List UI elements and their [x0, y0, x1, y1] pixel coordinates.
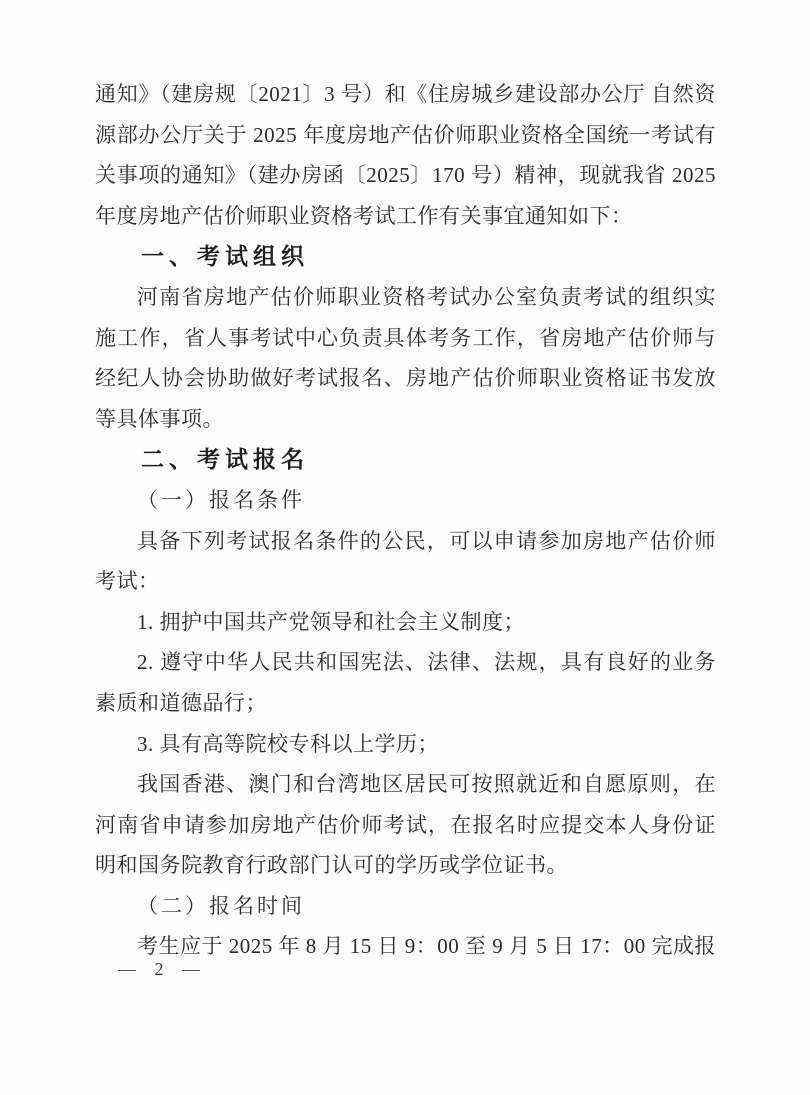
page-number: — 2 —	[118, 957, 202, 981]
subsection-heading-registration-conditions: （一）报名条件	[95, 480, 716, 521]
paragraph-conditions-intro: 具备下列考试报名条件的公民，可以申请参加房地产估价师考试：	[95, 521, 716, 602]
list-item-condition-3: 3. 具有高等院校专科以上学历；	[95, 724, 716, 765]
paragraph-hk-macau-taiwan-residents: 我国香港、澳门和台湾地区居民可按照就近和自愿原则，在河南省申请参加房地产估价师考…	[95, 764, 716, 886]
subsection-heading-registration-time: （二）报名时间	[95, 886, 716, 927]
section-heading-exam-organization: 一、考试组织	[95, 236, 716, 277]
document-page: 通知》（建房规〔2021〕3 号）和《住房城乡建设部办公厅 自然资源部办公厅关于…	[0, 0, 810, 1095]
paragraph-intro-continued: 通知》（建房规〔2021〕3 号）和《住房城乡建设部办公厅 自然资源部办公厅关于…	[95, 74, 716, 236]
list-item-condition-2: 2. 遵守中华人民共和国宪法、法律、法规，具有良好的业务素质和道德品行；	[95, 642, 716, 723]
section-heading-exam-registration: 二、考试报名	[95, 439, 716, 480]
paragraph-exam-organization: 河南省房地产估价师职业资格考试办公室负责考试的组织实施工作，省人事考试中心负责具…	[95, 277, 716, 439]
document-body: 通知》（建房规〔2021〕3 号）和《住房城乡建设部办公厅 自然资源部办公厅关于…	[95, 74, 716, 967]
list-item-condition-1: 1. 拥护中国共产党领导和社会主义制度；	[95, 602, 716, 643]
